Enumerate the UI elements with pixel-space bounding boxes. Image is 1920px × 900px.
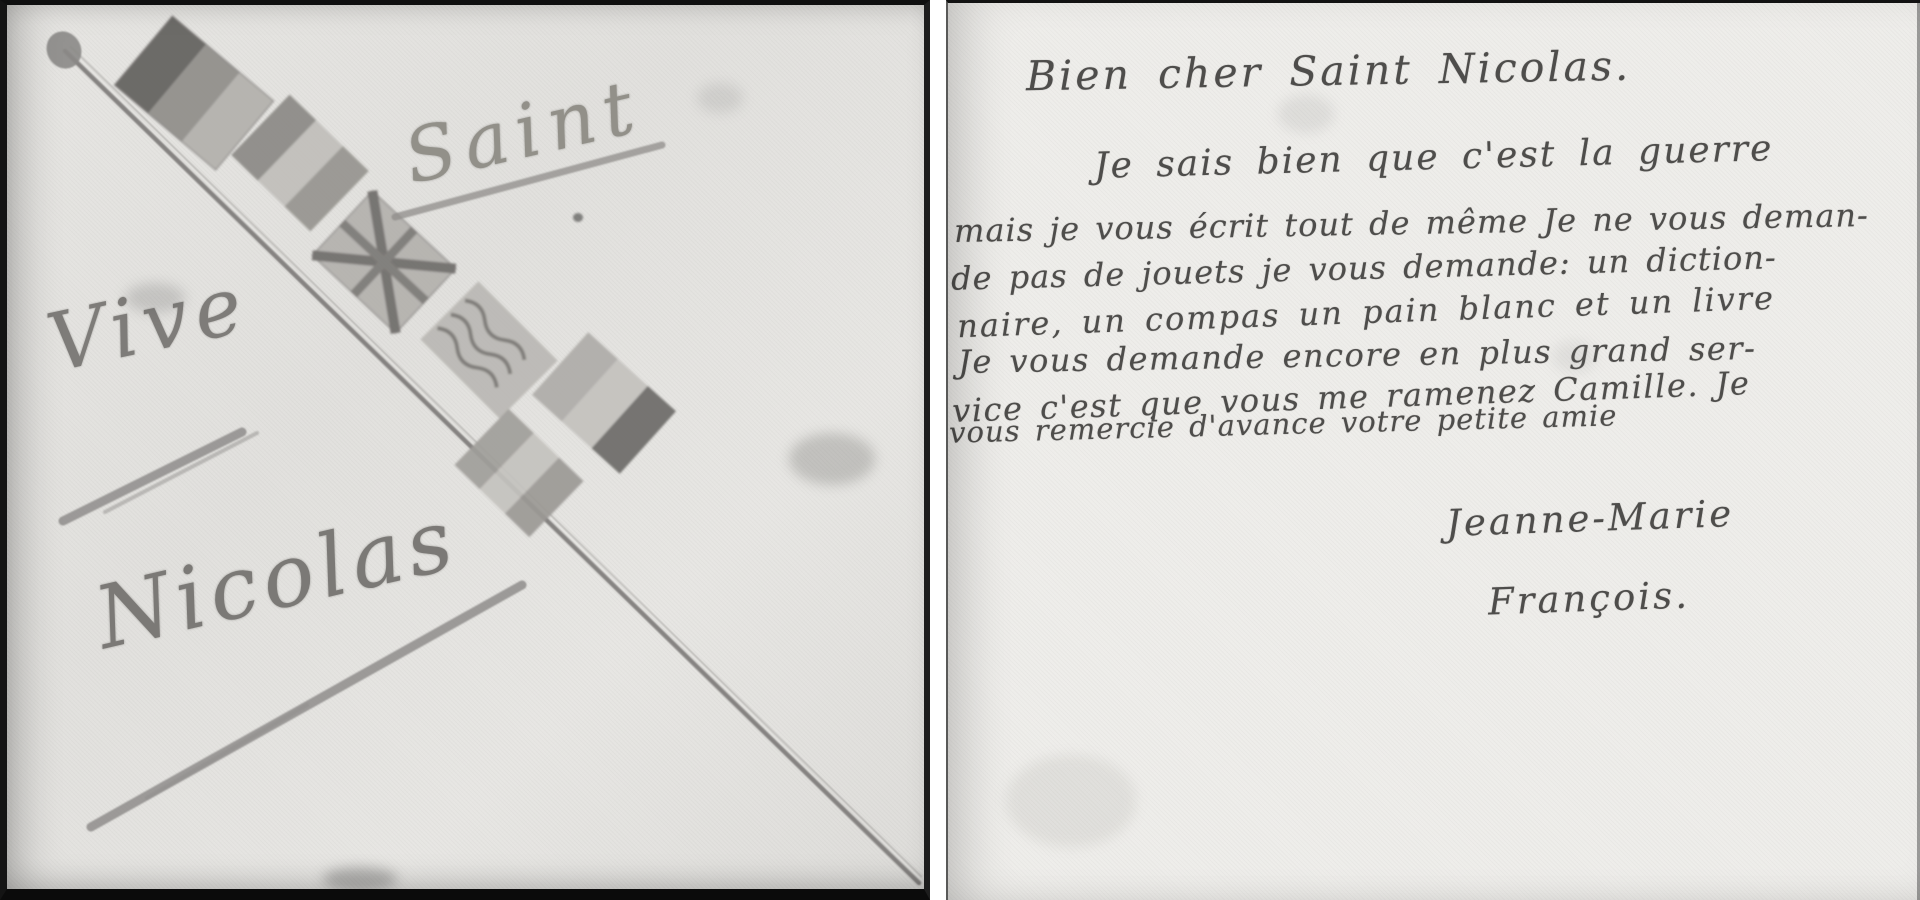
signature-name: Jeanne-Marie	[1445, 492, 1735, 545]
letter-greeting: Bien cher Saint Nicolas.	[1026, 42, 1632, 101]
striped-flag-icon	[455, 409, 584, 537]
left-page: Vive Saint Nicolas	[0, 0, 930, 900]
signature-surname: François.	[1487, 573, 1690, 623]
vive-underline-stroke	[63, 432, 242, 521]
smudge	[1006, 755, 1136, 847]
letter-scan: Vive Saint Nicolas Bien cher Saint Nicol…	[0, 0, 1920, 900]
vive-underline-stroke-2	[105, 433, 257, 512]
right-page: Bien cher Saint Nicolas. Je sais bien qu…	[946, 0, 1920, 900]
nicolas-underline-stroke-2	[147, 705, 307, 798]
smudge	[1278, 95, 1334, 133]
letter-line: Je sais bien que c'est la guerre	[1094, 128, 1774, 187]
